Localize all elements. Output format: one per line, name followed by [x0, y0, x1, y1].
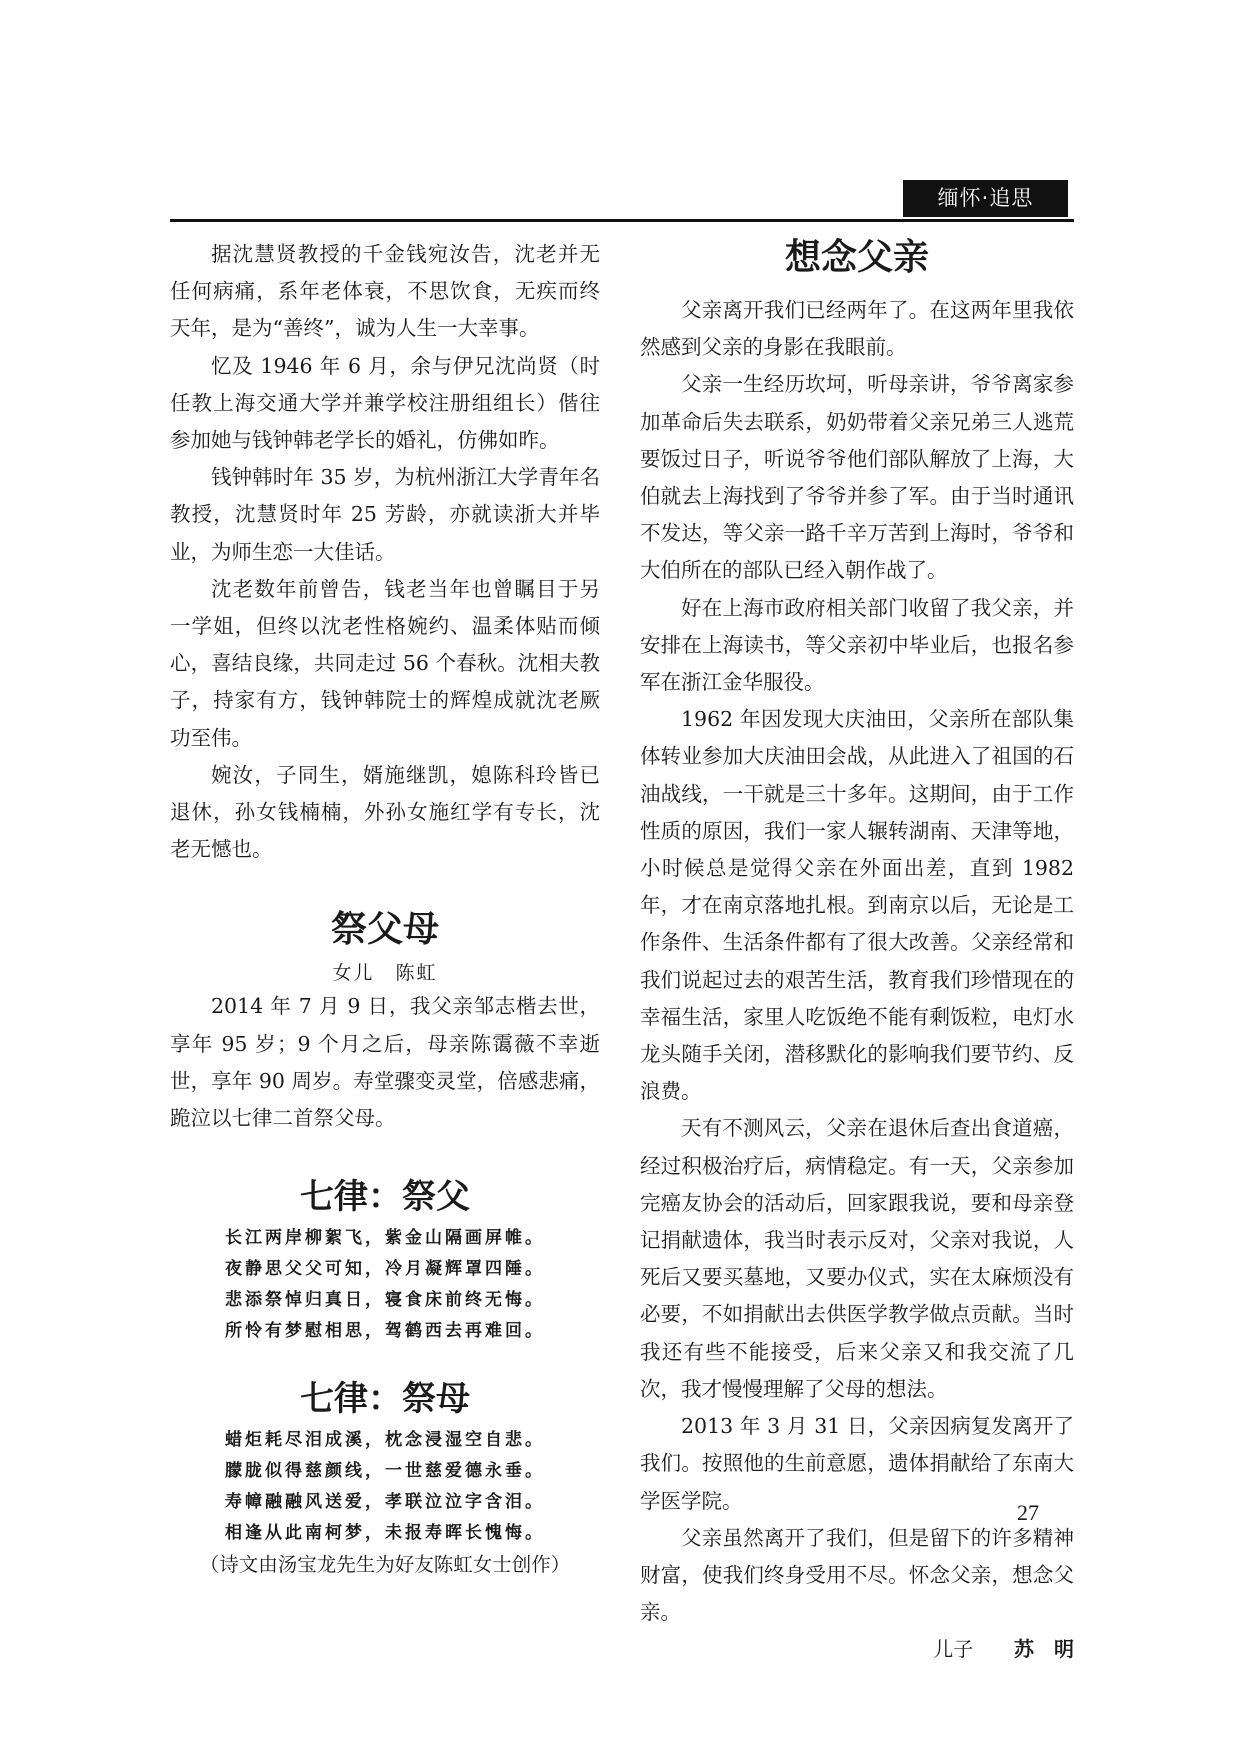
body-paragraph: 1962 年因发现大庆油田，父亲所在部队集体转业参加大庆油田会战，从此进入了祖国… — [640, 701, 1074, 1110]
article-title: 祭父母 — [170, 902, 600, 958]
poem-line: 长江两岸柳絮飞，紫金山隔画屏帷。 — [170, 1223, 600, 1254]
left-column: 据沈慧贤教授的千金钱宛汝告，沈老并无任何病痛，系年老体衰，不思饮食，无疾而终天年… — [170, 236, 600, 1581]
body-paragraph: 沈老数年前曾告，钱老当年也曾瞩目于另一学姐，但终以沈老性格婉约、温柔体贴而倾心，… — [170, 571, 600, 757]
signature: 儿子 苏明 — [640, 1631, 1074, 1668]
poem-line: 夜静思父父可知，冷月凝辉罩四陲。 — [170, 1254, 600, 1285]
body-paragraph: 父亲虽然离开了我们，但是留下的许多精神财富，使我们终身受用不尽。怀念父亲，想念父… — [640, 1520, 1074, 1632]
poem-line: 悲添祭悼归真日，寝食床前终无悔。 — [170, 1285, 600, 1316]
poem-credit: （诗文由汤宝龙先生为好友陈虹女士创作） — [170, 1549, 600, 1581]
right-column: 想念父亲 父亲离开我们已经两年了。在这两年里我依然感到父亲的身影在我眼前。 父亲… — [640, 236, 1074, 1668]
body-paragraph: 据沈慧贤教授的千金钱宛汝告，沈老并无任何病痛，系年老体衰，不思饮食，无疾而终天年… — [170, 236, 600, 348]
body-paragraph: 父亲离开我们已经两年了。在这两年里我依然感到父亲的身影在我眼前。 — [640, 292, 1074, 366]
body-paragraph: 2014 年 7 月 9 日，我父亲邹志楷去世，享年 95 岁；9 个月之后，母… — [170, 988, 600, 1137]
article-byline: 女儿 陈虹 — [170, 958, 600, 988]
header-rule — [170, 219, 1074, 222]
poem-title: 七律：祭父 — [170, 1171, 600, 1223]
body-paragraph: 天有不测风云，父亲在退休后查出食道癌，经过积极治疗后，病情稳定。有一天，父亲参加… — [640, 1110, 1074, 1408]
poem-line: 朦胧似得慈颜线，一世慈爱德永垂。 — [170, 1456, 600, 1487]
signature-name: 苏明 — [1014, 1637, 1094, 1661]
section-tag: 缅怀·追思 — [903, 180, 1068, 217]
signature-role: 儿子 — [933, 1637, 973, 1661]
body-paragraph: 好在上海市政府相关部门收留了我父亲，并安排在上海读书，等父亲初中毕业后，也报名参… — [640, 590, 1074, 702]
page-number: 27 — [1017, 1500, 1039, 1526]
poem-line: 蜡炬耗尽泪成溪，枕念浸湿空自悲。 — [170, 1425, 600, 1456]
body-paragraph: 忆及 1946 年 6 月，余与伊兄沈尚贤（时任教上海交通大学并兼学校注册组组长… — [170, 348, 600, 460]
body-paragraph: 钱钟韩时年 35 岁，为杭州浙江大学青年名教授，沈慧贤时年 25 芳龄，亦就读浙… — [170, 459, 600, 571]
body-paragraph: 婉汝，子同生，婿施继凯，媳陈科玲皆已退休，孙女钱楠楠，外孙女施红学有专长，沈老无… — [170, 757, 600, 869]
poem-line: 所怜有梦慰相思，驾鹤西去再难回。 — [170, 1316, 600, 1347]
body-paragraph: 父亲一生经历坎坷，听母亲讲，爷爷离家参加革命后失去联系，奶奶带着父亲兄弟三人逃荒… — [640, 366, 1074, 589]
poem-title: 七律：祭母 — [170, 1373, 600, 1425]
poem-line: 寿幛融融风送爱，孝联泣泣字含泪。 — [170, 1487, 600, 1518]
poem-line: 相逢从此南柯梦，未报寿晖长愧悔。 — [170, 1518, 600, 1549]
article-title: 想念父亲 — [640, 230, 1074, 286]
body-paragraph: 2013 年 3 月 31 日，父亲因病复发离开了我们。按照他的生前意愿，遗体捐… — [640, 1408, 1074, 1520]
